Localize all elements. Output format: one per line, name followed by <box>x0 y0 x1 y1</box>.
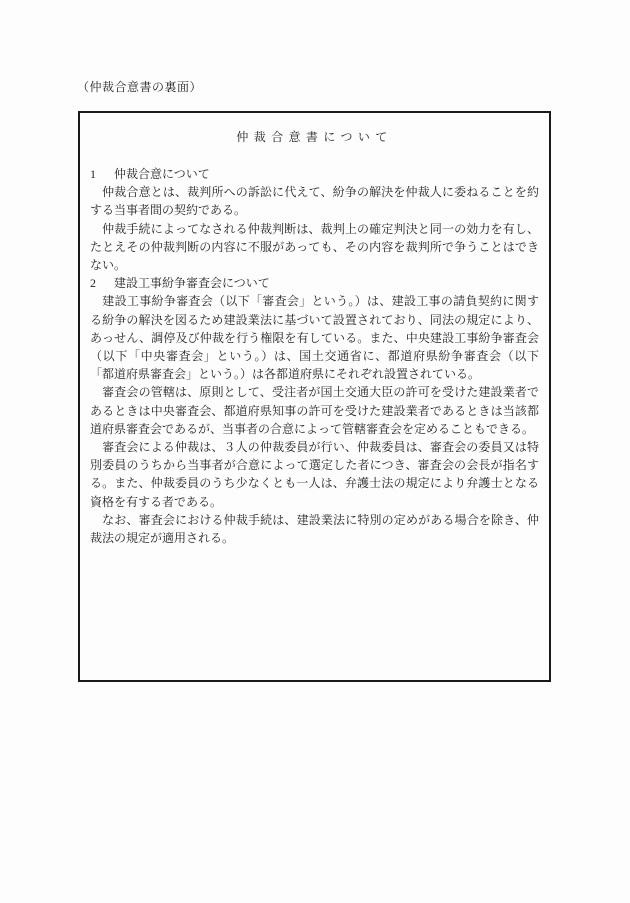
paragraph-arbitration-law-application: なお、審査会における仲裁手続は、建設業法に特別の定めがある場合を除き、仲裁法の規… <box>90 511 539 547</box>
section-dispute-board: 2建設工事紛争審査会について 建設工事紛争審査会（以下「審査会」という。）は、建… <box>90 274 539 547</box>
section-heading-row: 2建設工事紛争審査会について <box>90 274 539 292</box>
section-heading-row: 1仲裁合意について <box>90 165 539 183</box>
section-heading: 仲裁合意について <box>114 167 210 181</box>
paragraph-arbitration-committee: 審査会による仲裁は、３人の仲裁委員が行い、仲裁委員は、審査会の委員又は特別委員の… <box>90 438 539 511</box>
paragraph-board-jurisdiction: 審査会の管轄は、原則として、受注者が国土交通大臣の許可を受けた建設業者であるとき… <box>90 383 539 438</box>
arbitration-agreement-info-box: 仲裁合意書について 1仲裁合意について 仲裁合意とは、裁判所への訴訟に代えて、紛… <box>78 111 551 682</box>
section-heading: 建設工事紛争審査会について <box>114 276 270 290</box>
section-arbitration-agreement: 1仲裁合意について 仲裁合意とは、裁判所への訴訟に代えて、紛争の解決を仲裁人に委… <box>90 165 539 274</box>
paragraph-arbitration-effect: 仲裁手続によってなされる仲裁判断は、裁判上の確定判決と同一の効力を有し、たとえそ… <box>90 220 539 275</box>
document-body: 1仲裁合意について 仲裁合意とは、裁判所への訴訟に代えて、紛争の解決を仲裁人に委… <box>90 165 539 547</box>
back-side-label: （仲裁合意書の裏面） <box>77 78 202 95</box>
paragraph-board-establishment: 建設工事紛争審査会（以下「審査会」という。）は、建設工事の請負契約に関する紛争の… <box>90 292 539 383</box>
document-title: 仲裁合意書について <box>90 128 539 146</box>
section-number: 1 <box>90 165 114 183</box>
section-number: 2 <box>90 274 114 292</box>
paragraph-arbitration-definition: 仲裁合意とは、裁判所への訴訟に代えて、紛争の解決を仲裁人に委ねることを約する当事… <box>90 183 539 219</box>
